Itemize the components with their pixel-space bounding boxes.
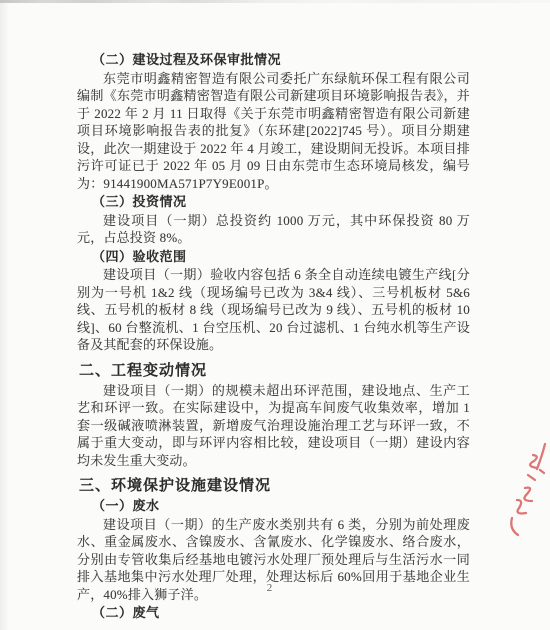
- section-heading: （二）废气: [77, 604, 470, 622]
- section-heading: （三）投资情况: [77, 193, 470, 211]
- document-body: （二）建设过程及环保审批情况东莞市明鑫精密智造有限公司委托广东绿航环保工程有限公…: [77, 50, 470, 622]
- paragraph: 东莞市明鑫精密智造有限公司委托广东绿航环保工程有限公司编制《东莞市明鑫精密智造有…: [77, 70, 470, 193]
- section-heading: 二、工程变动情况: [79, 361, 470, 381]
- paragraph: 建设项目（一期）总投资约 1000 万元，其中环保投资 80 万元，占总投资 8…: [77, 212, 470, 247]
- page-number: 2: [77, 582, 462, 594]
- paragraph: 建设项目（一期）的规模未超出环评范围，建设地点、生产工艺和环评一致。在实际建设中…: [77, 382, 470, 470]
- section-heading: （一）废水: [77, 497, 470, 515]
- scan-top-edge-artifact: [0, 0, 550, 3]
- paragraph: 建设项目（一期）验收内容包括 6 条全自动连续电镀生产线[分别为一号机 1&2 …: [77, 266, 470, 354]
- scan-left-edge-artifact: [0, 0, 9, 630]
- section-heading: （四）验收范围: [77, 248, 470, 266]
- handwritten-annotation-strokes: [511, 444, 545, 535]
- section-heading: 三、环境保护设施建设情况: [79, 476, 470, 496]
- section-heading: （二）建设过程及环保审批情况: [77, 51, 470, 69]
- scanned-document-page: { "page": { "background": "#fbfbf9", "pa…: [0, 0, 550, 630]
- handwritten-annotation: [500, 430, 550, 575]
